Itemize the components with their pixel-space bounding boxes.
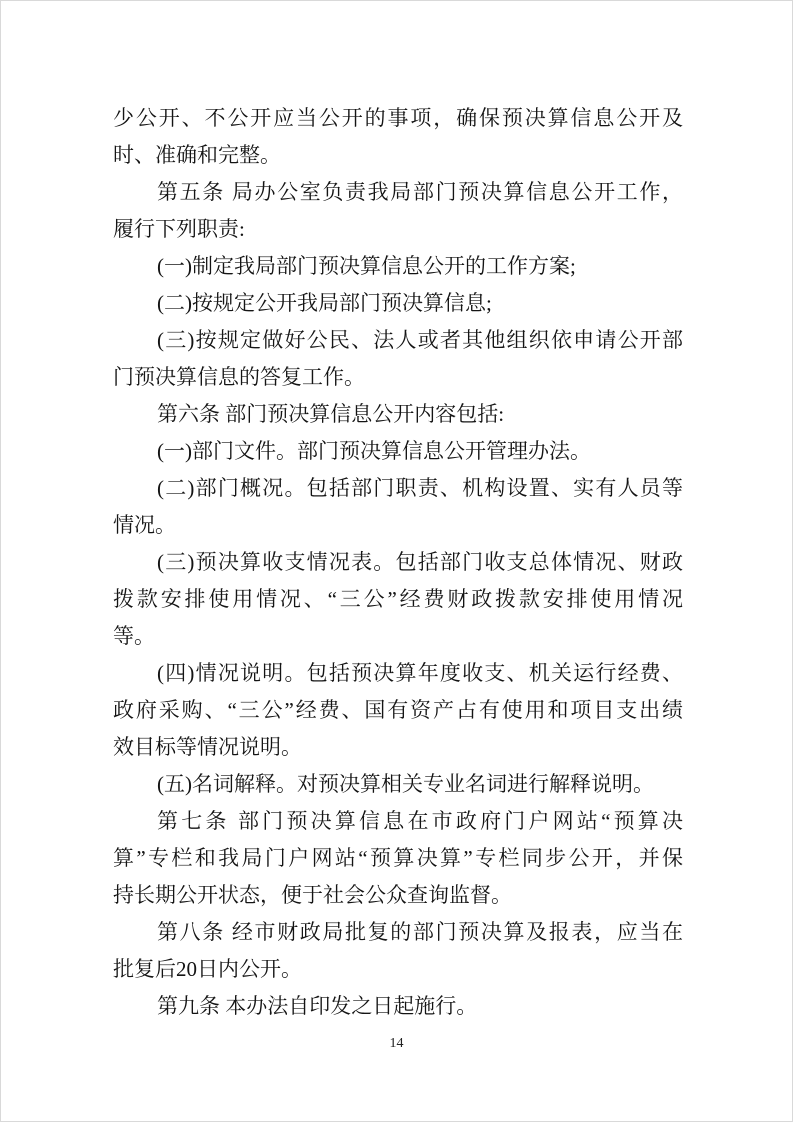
text-line: (五)名词解释。对预决算相关专业名词进行解释说明。 [113, 766, 683, 803]
document-page: 少公开、不公开应当公开的事项，确保预决算信息公开及时、准确和完整。第五条 局办公… [0, 0, 793, 1122]
text-line: 第七条 部门预决算信息在市政府门户网站“预算决 [113, 803, 683, 840]
paragraph: 第七条 部门预决算信息在市政府门户网站“预算决算”专栏和我局门户网站“预算决算”… [113, 803, 683, 914]
paragraph: 第五条 局办公室负责我局部门预决算信息公开工作，履行下列职责: [113, 174, 683, 248]
text-line: 时、准确和完整。 [113, 137, 683, 174]
paragraph: (一)部门文件。部门预决算信息公开管理办法。 [113, 433, 683, 470]
text-line: 第五条 局办公室负责我局部门预决算信息公开工作， [113, 174, 683, 211]
text-line: 第八条 经市财政局批复的部门预决算及报表，应当在 [113, 914, 683, 951]
text-line: 少公开、不公开应当公开的事项，确保预决算信息公开及 [113, 100, 683, 137]
paragraph: (二)部门概况。包括部门职责、机构设置、实有人员等情况。 [113, 470, 683, 544]
text-line: (三)预决算收支情况表。包括部门收支总体情况、财政 [113, 544, 683, 581]
text-line: (三)按规定做好公民、法人或者其他组织依申请公开部 [113, 322, 683, 359]
document-body: 少公开、不公开应当公开的事项，确保预决算信息公开及时、准确和完整。第五条 局办公… [113, 100, 683, 1025]
text-line: 批复后20日内公开。 [113, 951, 683, 988]
paragraph: 第八条 经市财政局批复的部门预决算及报表，应当在批复后20日内公开。 [113, 914, 683, 988]
text-line: 拨款安排使用情况、“三公”经费财政拨款安排使用情况 [113, 581, 683, 618]
paragraph: (三)按规定做好公民、法人或者其他组织依申请公开部门预决算信息的答复工作。 [113, 322, 683, 396]
text-line: (一)部门文件。部门预决算信息公开管理办法。 [113, 433, 683, 470]
text-line: (四)情况说明。包括预决算年度收支、机关运行经费、 [113, 655, 683, 692]
paragraph: (三)预决算收支情况表。包括部门收支总体情况、财政拨款安排使用情况、“三公”经费… [113, 544, 683, 655]
text-line: 第六条 部门预决算信息公开内容包括: [113, 396, 683, 433]
text-line: (二)部门概况。包括部门职责、机构设置、实有人员等 [113, 470, 683, 507]
text-line: 政府采购、“三公”经费、国有资产占有使用和项目支出绩 [113, 692, 683, 729]
paragraph: 第六条 部门预决算信息公开内容包括: [113, 396, 683, 433]
text-line: (二)按规定公开我局部门预决算信息; [113, 285, 683, 322]
text-line: 门预决算信息的答复工作。 [113, 359, 683, 396]
text-line: 算”专栏和我局门户网站“预算决算”专栏同步公开，并保 [113, 840, 683, 877]
text-line: 第九条 本办法自印发之日起施行。 [113, 988, 683, 1025]
paragraph: (四)情况说明。包括预决算年度收支、机关运行经费、政府采购、“三公”经费、国有资… [113, 655, 683, 766]
paragraph: (五)名词解释。对预决算相关专业名词进行解释说明。 [113, 766, 683, 803]
text-line: 效目标等情况说明。 [113, 729, 683, 766]
paragraph: (一)制定我局部门预决算信息公开的工作方案; [113, 248, 683, 285]
page-number: 14 [0, 1036, 793, 1052]
paragraph: (二)按规定公开我局部门预决算信息; [113, 285, 683, 322]
text-line: 情况。 [113, 507, 683, 544]
text-line: 等。 [113, 618, 683, 655]
text-line: 履行下列职责: [113, 211, 683, 248]
text-line: (一)制定我局部门预决算信息公开的工作方案; [113, 248, 683, 285]
paragraph: 第九条 本办法自印发之日起施行。 [113, 988, 683, 1025]
text-line: 持长期公开状态，便于社会公众查询监督。 [113, 877, 683, 914]
paragraph: 少公开、不公开应当公开的事项，确保预决算信息公开及时、准确和完整。 [113, 100, 683, 174]
